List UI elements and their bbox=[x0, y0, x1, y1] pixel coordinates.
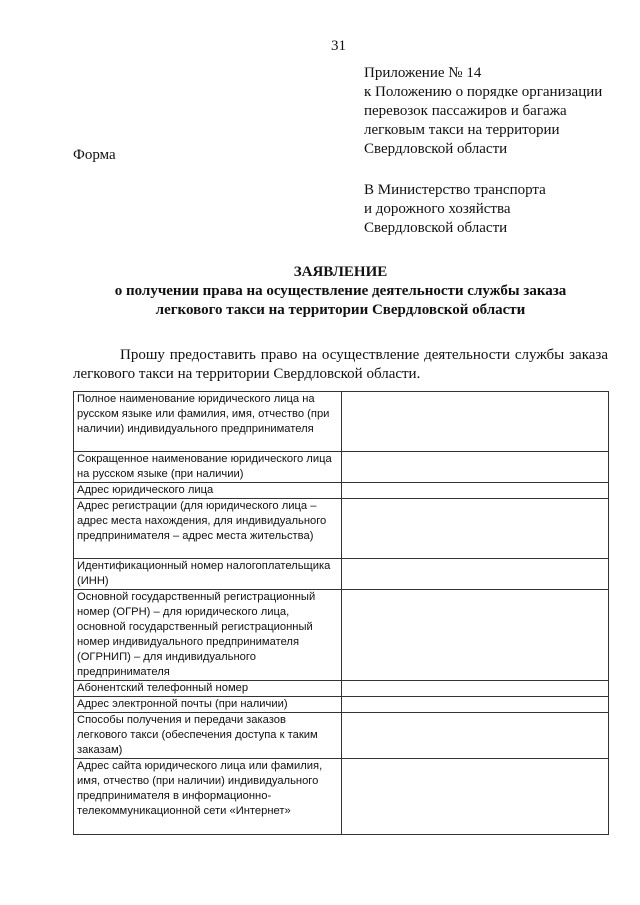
field-value[interactable] bbox=[341, 697, 608, 713]
field-label: Адрес сайта юридического лица или фамили… bbox=[74, 759, 342, 835]
table-row: Адрес электронной почты (при наличии) bbox=[74, 697, 609, 713]
table-row: Адрес регистрации (для юридического лица… bbox=[74, 499, 609, 559]
table-row: Полное наименование юридического лица на… bbox=[74, 392, 609, 452]
appendix-line: к Положению о порядке организации bbox=[364, 83, 602, 102]
field-label: Полное наименование юридического лица на… bbox=[74, 392, 342, 452]
addressee-line: Свердловской области bbox=[364, 219, 546, 238]
field-label: Идентификационный номер налогоплательщик… bbox=[74, 559, 342, 590]
title-heading: ЗАЯВЛЕНИЕ bbox=[73, 263, 608, 282]
field-value[interactable] bbox=[341, 590, 608, 681]
field-label: Абонентский телефонный номер bbox=[74, 681, 342, 697]
field-value[interactable] bbox=[341, 559, 608, 590]
field-label: Адрес юридического лица bbox=[74, 483, 342, 499]
table-row: Адрес сайта юридического лица или фамили… bbox=[74, 759, 609, 835]
appendix-line: перевозок пассажиров и багажа bbox=[364, 102, 602, 121]
form-label: Форма bbox=[73, 147, 116, 164]
field-label: Способы получения и передачи заказов лег… bbox=[74, 713, 342, 759]
field-value[interactable] bbox=[341, 681, 608, 697]
page-number: 31 bbox=[331, 38, 346, 55]
appendix-line: Приложение № 14 bbox=[364, 64, 602, 83]
field-value[interactable] bbox=[341, 759, 608, 835]
addressee: В Министерство транспорта и дорожного хо… bbox=[364, 181, 546, 238]
table-row: Абонентский телефонный номер bbox=[74, 681, 609, 697]
appendix-reference: Приложение № 14 к Положению о порядке ор… bbox=[364, 64, 602, 159]
appendix-line: легковым такси на территории bbox=[364, 121, 602, 140]
table-row: Основной государственный регистрационный… bbox=[74, 590, 609, 681]
field-value[interactable] bbox=[341, 452, 608, 483]
addressee-line: В Министерство транспорта bbox=[364, 181, 546, 200]
field-label: Сокращенное наименование юридического ли… bbox=[74, 452, 342, 483]
appendix-line: Свердловской области bbox=[364, 140, 602, 159]
field-value[interactable] bbox=[341, 483, 608, 499]
table-row: Идентификационный номер налогоплательщик… bbox=[74, 559, 609, 590]
field-value[interactable] bbox=[341, 392, 608, 452]
document-title: ЗАЯВЛЕНИЕ о получении права на осуществл… bbox=[73, 263, 608, 320]
addressee-line: и дорожного хозяйства bbox=[364, 200, 546, 219]
field-label: Основной государственный регистрационный… bbox=[74, 590, 342, 681]
intro-line: Прошу предоставить право на осуществлени… bbox=[73, 346, 608, 365]
application-form-table: Полное наименование юридического лица на… bbox=[73, 391, 609, 835]
table-row: Способы получения и передачи заказов лег… bbox=[74, 713, 609, 759]
table-row: Адрес юридического лица bbox=[74, 483, 609, 499]
field-value[interactable] bbox=[341, 713, 608, 759]
title-line: о получении права на осуществление деяте… bbox=[73, 282, 608, 301]
title-line: легкового такси на территории Свердловск… bbox=[73, 301, 608, 320]
field-label: Адрес электронной почты (при наличии) bbox=[74, 697, 342, 713]
intro-line: легкового такси на территории Свердловск… bbox=[73, 366, 420, 382]
table-row: Сокращенное наименование юридического ли… bbox=[74, 452, 609, 483]
intro-paragraph: Прошу предоставить право на осуществлени… bbox=[73, 346, 608, 384]
field-value[interactable] bbox=[341, 499, 608, 559]
field-label: Адрес регистрации (для юридического лица… bbox=[74, 499, 342, 559]
